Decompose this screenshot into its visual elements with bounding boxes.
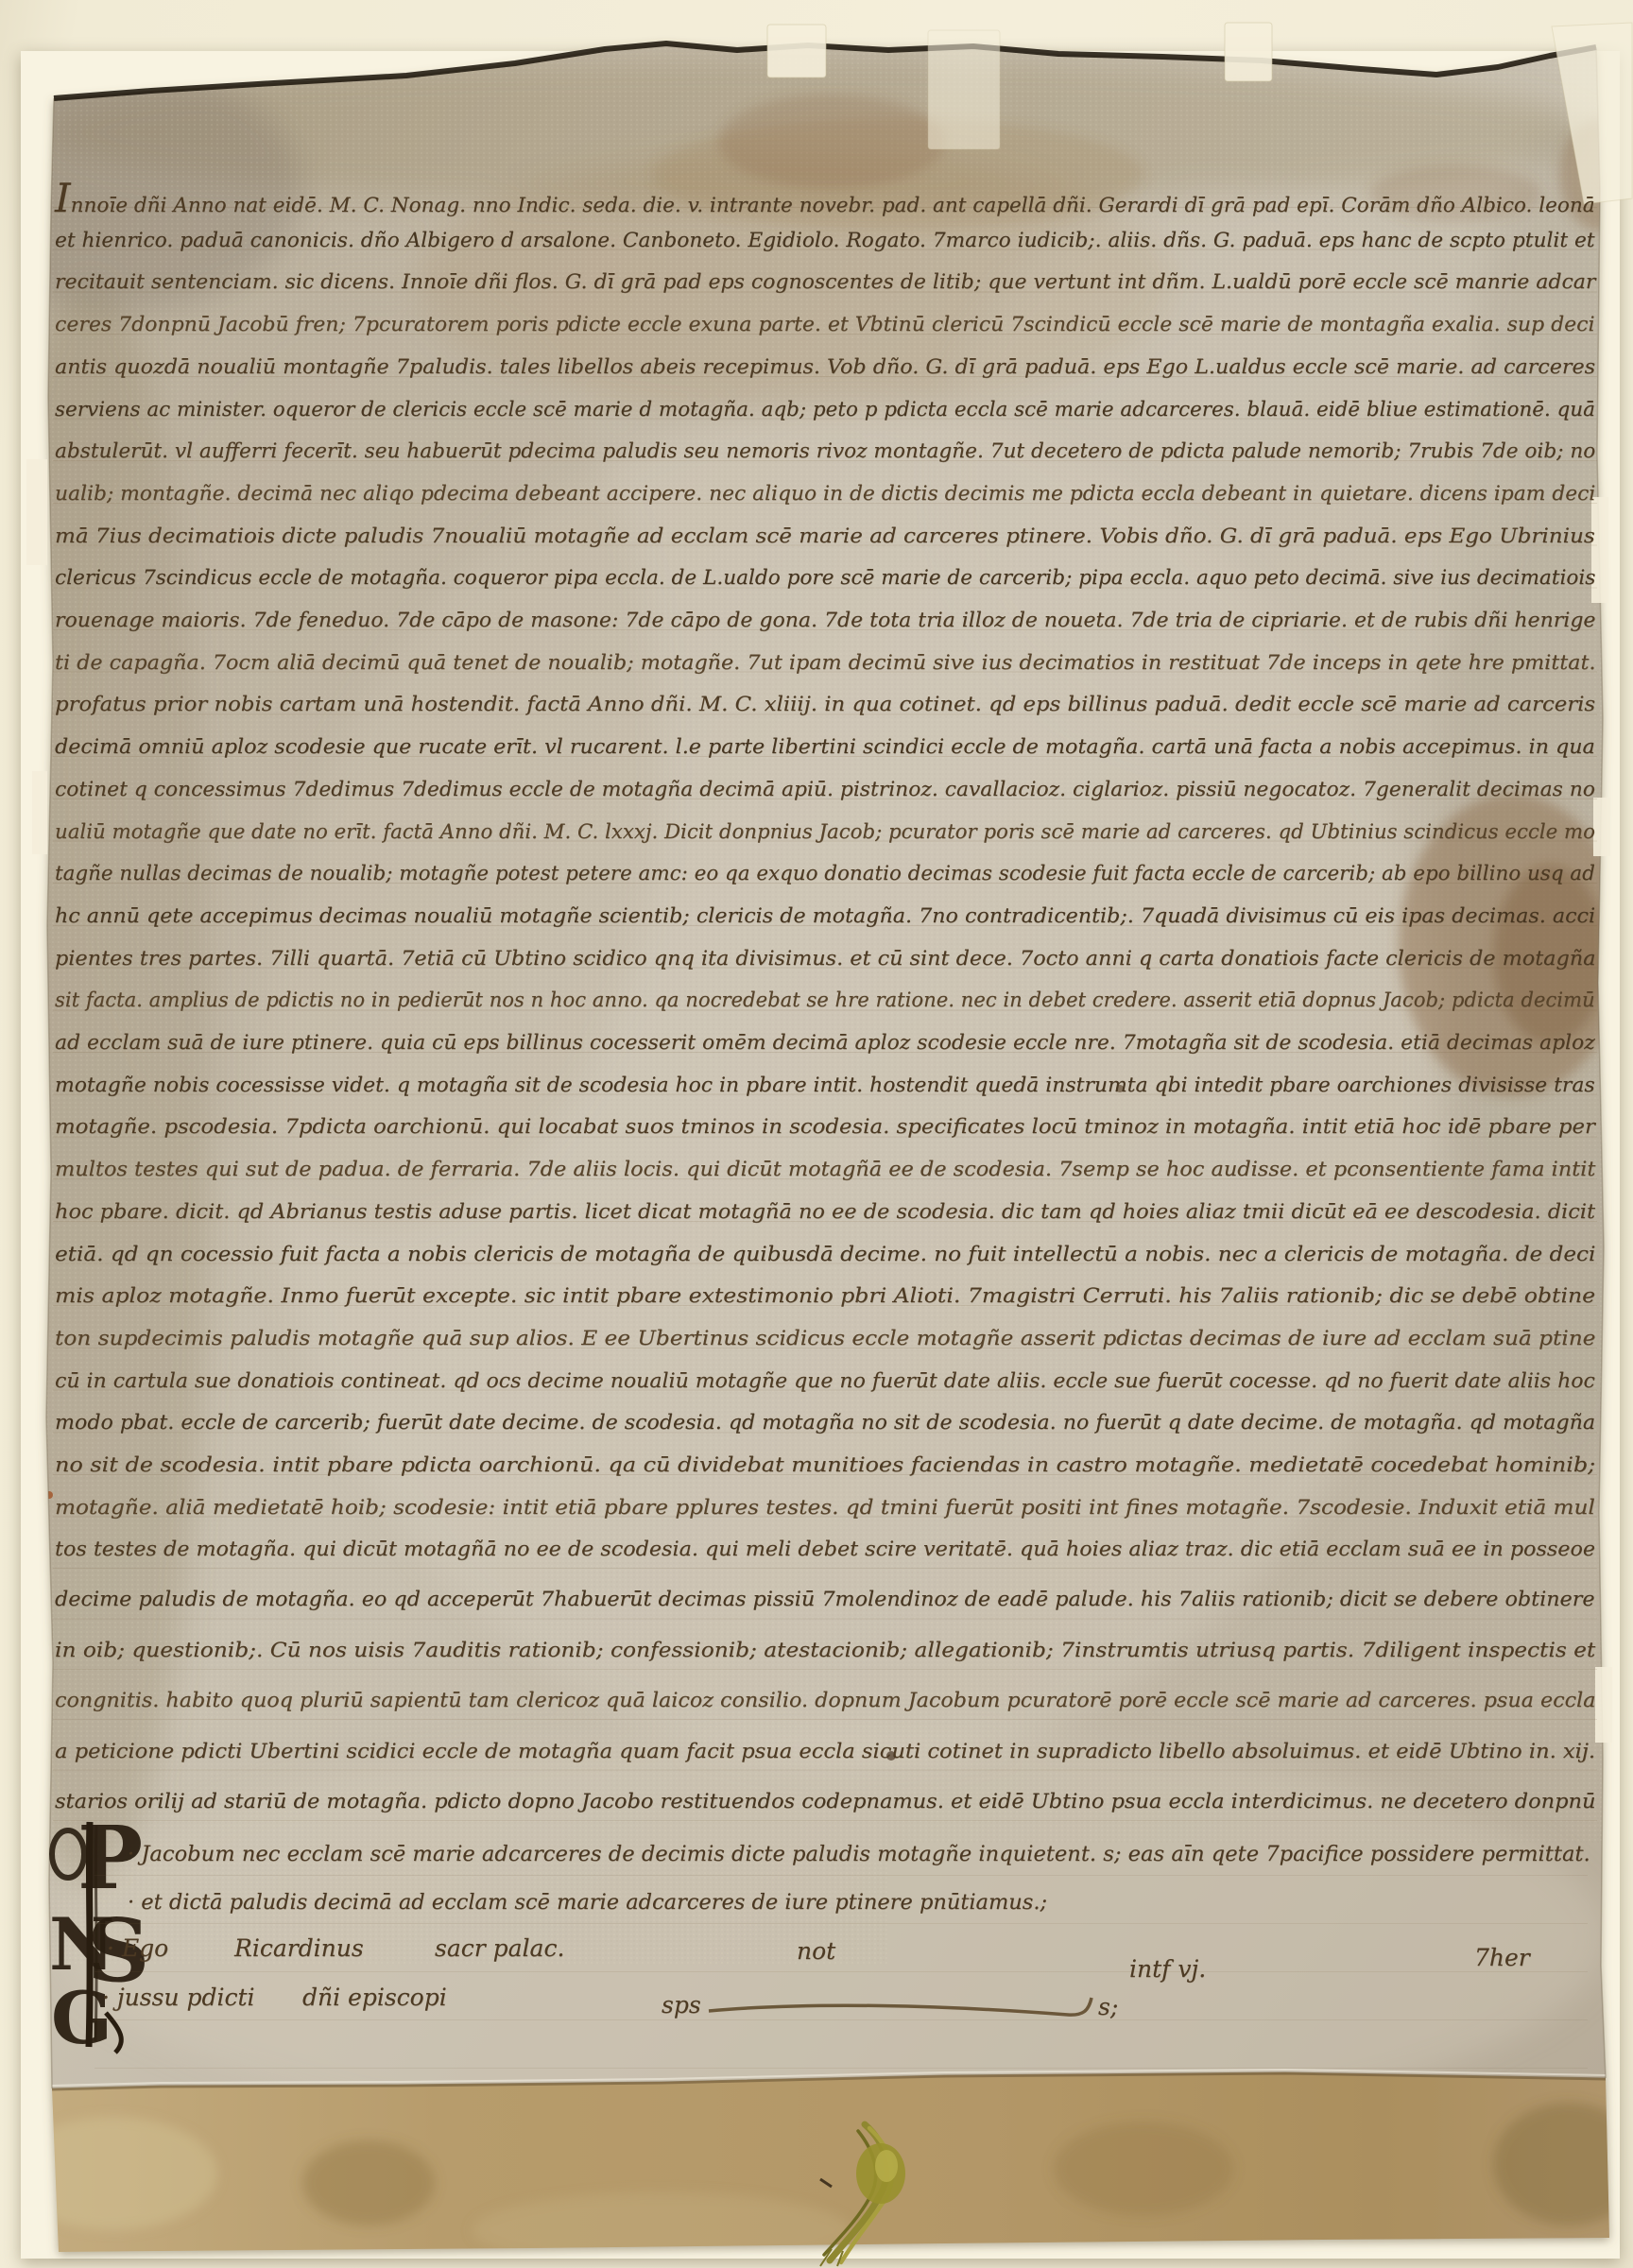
monogram-letter-g: G (51, 1976, 112, 2060)
tape-tab (26, 459, 47, 565)
manuscript-line: cotinet q concessimus 7dedimus 7dedimus … (55, 774, 1595, 806)
manuscript-line: profatus prior nobis cartam unā hostendi… (55, 689, 1595, 721)
manuscript-line: abstulerūt. vl aufferri fecerīt. seu hab… (55, 436, 1595, 468)
manuscript-line: decime paludis de motagña. eo qd acceper… (55, 1584, 1595, 1616)
tape-tab (928, 30, 1000, 149)
fold-texture (9, 2060, 1633, 2268)
manuscript-line: motagñe. aliā medietatē hoib; scodesie: … (55, 1492, 1595, 1524)
manuscript-line: ualib; montagñe. decimā nec aliqo pdecim… (55, 478, 1595, 510)
manuscript-line: congnitis. habito quoq pluriū sapientū t… (55, 1685, 1595, 1717)
manuscript-line: clericus 7scindicus eccle de motagña. co… (55, 562, 1595, 594)
manuscript-line: mā 7ius decimatiois dicte paludis 7noual… (55, 521, 1595, 553)
tape-tab (767, 25, 826, 77)
tape-tab (1225, 23, 1272, 81)
manuscript-line: mis aploz motagñe. Inmo fuerūt excepte. … (55, 1280, 1595, 1313)
manuscript-line: tos testes de motagña. qui dicūt motagñā… (55, 1534, 1595, 1566)
manuscript-line: ualiū motagñe que date no erīt. factā An… (55, 816, 1595, 849)
manuscript-line: ceres 7donpnū Jacobū fren; 7pcuratorem p… (55, 309, 1595, 341)
manuscript-line: etiā. qd qn cocessio fuit facta a nobis … (55, 1239, 1595, 1271)
closing-line: · Jacobum nec ecclam scē marie adcarcere… (128, 1838, 1590, 1870)
tape-tab (1593, 798, 1610, 856)
tape-tab (1595, 1667, 1612, 1743)
manuscript-line: hoc pbare. dicit. qd Abrianus testis adu… (55, 1196, 1595, 1228)
manuscript-line: no sit de scodesia. intit pbare pdicta o… (55, 1450, 1595, 1482)
manuscript-line: ad ecclam suā de iure ptinere. quia cū e… (55, 1027, 1595, 1059)
manuscript-line: et hienrico. paduā canonicis. dño Albige… (55, 225, 1595, 257)
manuscript-line: serviens ac minister. oqueror de clerici… (55, 394, 1595, 426)
manuscript-line: starios orilij ad stariū de motagña. pdi… (55, 1786, 1595, 1818)
manuscript-line: motagñe. pscodesia. 7pdicta oarchionū. q… (55, 1111, 1595, 1143)
manuscript-line: sit facta. amplius de pdictis no in pedi… (55, 985, 1595, 1017)
manuscript-line: tagñe nullas decimas de noualib; motagñe… (55, 858, 1595, 890)
manuscript-line: a peticione pdicti Ubertini scidici eccl… (55, 1736, 1595, 1768)
manuscript-line: pientes tres partes. 7illi quartā. 7etiā… (55, 943, 1595, 975)
manuscript-line: ti de capagña. 7ocm aliā decimū quā tene… (55, 647, 1595, 679)
closing-line: · et dictā paludis decimā ad ecclam scē … (128, 1886, 1047, 1918)
manuscript-line: ton supdecimis paludis motagñe quā sup a… (55, 1323, 1595, 1355)
manuscript-line: cū in cartula sue donatiois contineat. q… (55, 1366, 1595, 1398)
manuscript-line: modo pbat. eccle de carcerib; fuerūt dat… (55, 1407, 1595, 1439)
manuscript-line: rouenage maioris. 7de feneduo. 7de cāpo … (55, 605, 1595, 637)
manuscript-line: recitauit sentenciam. sic dicens. Innoīe… (55, 266, 1595, 299)
manuscript-scan: P N S G Innoīe (0, 0, 1633, 2268)
manuscript-line: antis quozdā noualiū montagñe 7paludis. … (55, 352, 1595, 384)
manuscript-line: in oib; questionib;. Cū nos uisis 7audit… (55, 1635, 1595, 1667)
manuscript-line: decimā omniū aploz scodesie que rucate e… (55, 731, 1595, 764)
manuscript-line: hc annū qete accepimus decimas noualiū m… (55, 901, 1595, 933)
manuscript-line: multos testes qui sut de padua. de ferra… (55, 1154, 1595, 1186)
tape-tab (32, 771, 47, 854)
manuscript-line: Innoīe dñi Anno nat eidē. M. C. Nonag. n… (55, 182, 1595, 222)
manuscript-line: motagñe nobis cocessisse videt. q motagñ… (55, 1070, 1595, 1102)
